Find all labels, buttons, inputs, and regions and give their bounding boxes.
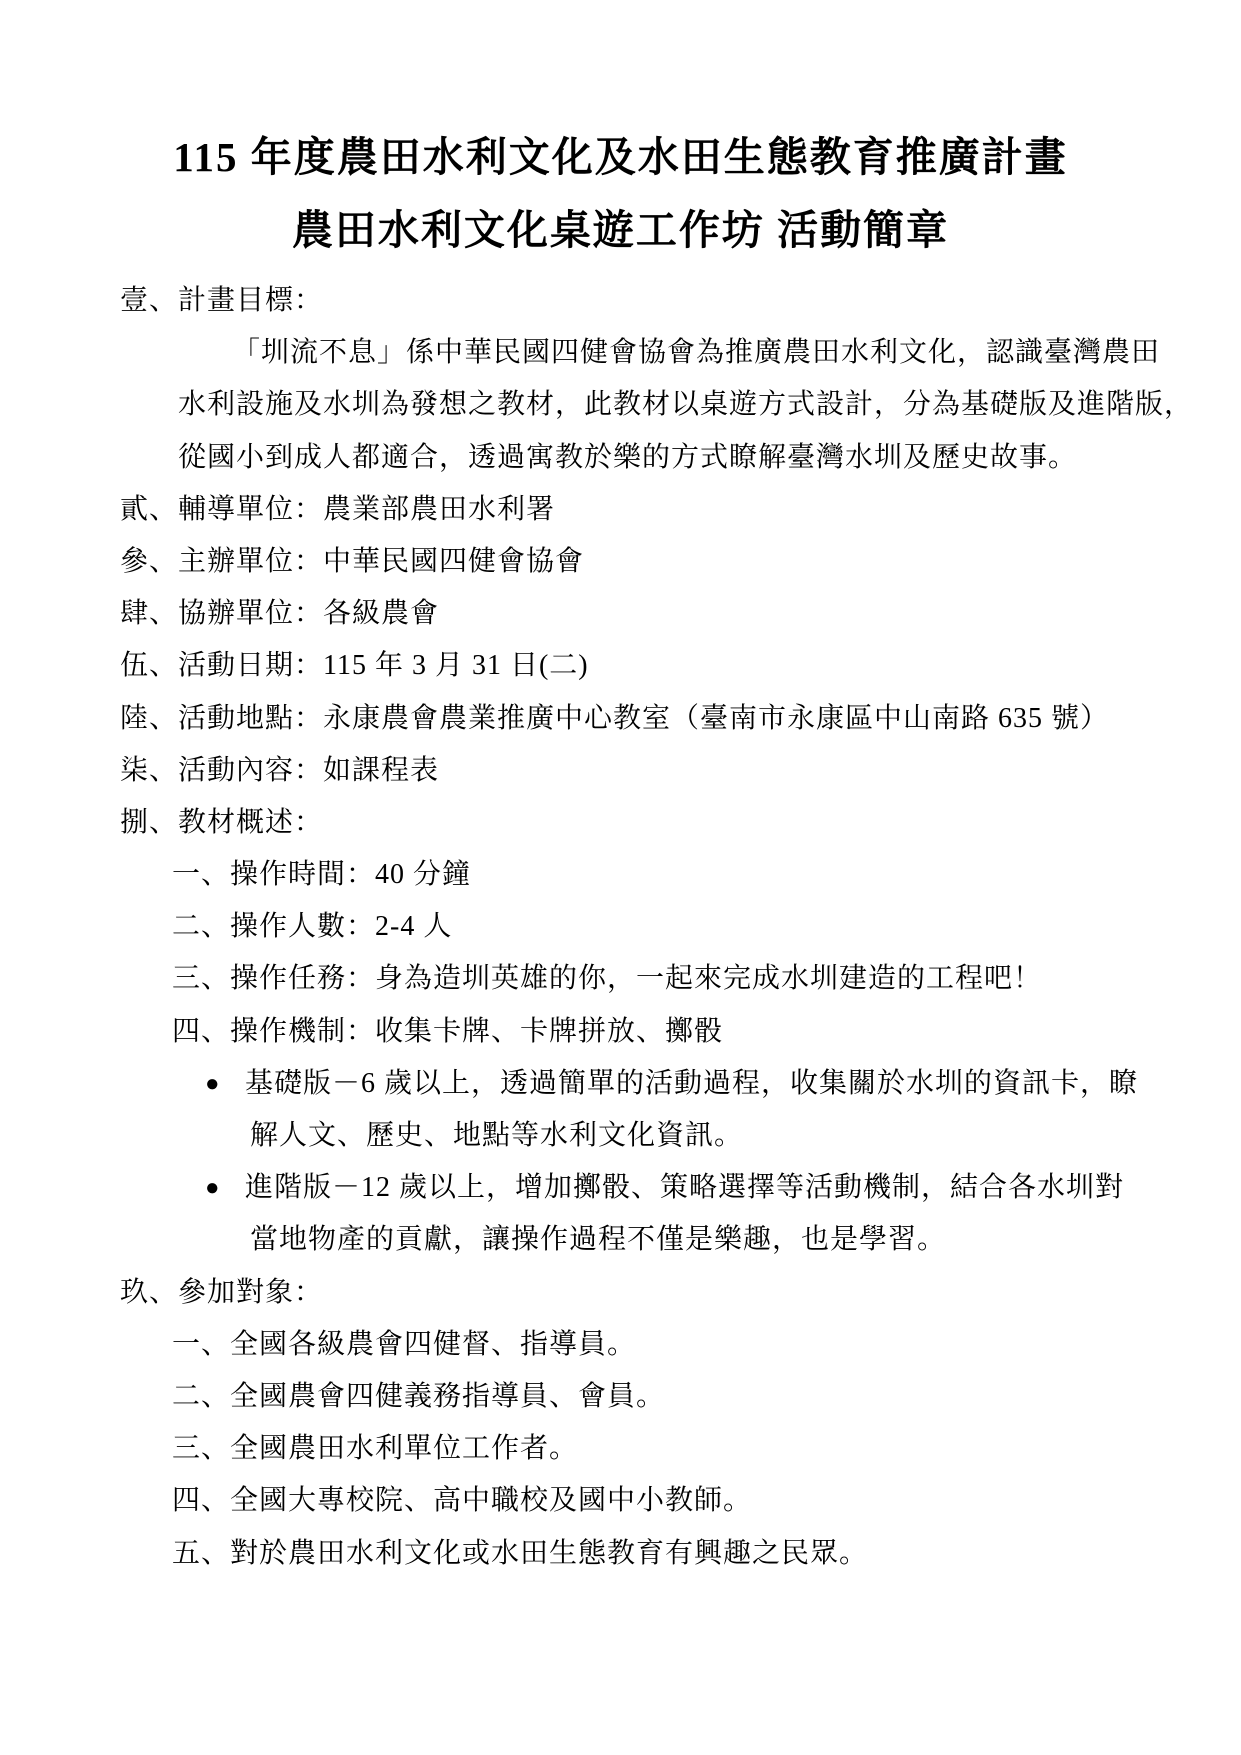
bullet-item-basic-version-text: 基礎版－6 歲以上，透過簡單的活動過程，收集關於水圳的資訊卡，瞭: [245, 1068, 1138, 1099]
section-co-organizer: 肆、協辦單位：各級農會: [120, 588, 1180, 640]
section-material-overview: 捌、教材概述：: [120, 797, 1180, 849]
list-item-participants-5: 五、對於農田水利文化或水田生態教育有興趣之民眾。: [172, 1528, 1180, 1580]
bullet-item-advanced-version-text: 進階版－12 歲以上，增加擲骰、策略選擇等活動機制，結合各水圳對: [245, 1172, 1124, 1203]
section-event-date: 伍、活動日期：115 年 3 月 31 日(二): [120, 640, 1180, 692]
bullet-item-advanced-version-cont: 當地物產的貢獻，讓操作過程不僅是樂趣，也是學習。: [250, 1214, 1180, 1266]
section-participants: 玖、參加對象：: [120, 1267, 1180, 1319]
section-plan-goal: 壹、計畫目標：: [120, 275, 1180, 327]
document-title-line-1: 115 年度農田水利文化及水田生態教育推廣計畫: [0, 133, 1241, 181]
document-title-line-2: 農田水利文化桌遊工作坊 活動簡章: [0, 206, 1241, 254]
bullet-item-basic-version: ●基礎版－6 歲以上，透過簡單的活動過程，收集關於水圳的資訊卡，瞭: [205, 1058, 1180, 1110]
list-item-participants-4: 四、全國大專校院、高中職校及國中小教師。: [172, 1475, 1180, 1527]
bullet-item-advanced-version: ●進階版－12 歲以上，增加擲骰、策略選擇等活動機制，結合各水圳對: [205, 1162, 1180, 1214]
bullet-item-basic-version-cont: 解人文、歷史、地點等水利文化資訊。: [250, 1110, 1180, 1162]
list-item-operation-task: 三、操作任務：身為造圳英雄的你，一起來完成水圳建造的工程吧！: [172, 953, 1180, 1005]
list-item-participants-3: 三、全國農田水利單位工作者。: [172, 1423, 1180, 1475]
section-organizer: 參、主辦單位：中華民國四健會協會: [120, 536, 1180, 588]
paragraph-line-2: 水利設施及水圳為發想之教材，此教材以桌遊方式設計，分為基礎版及進階版，: [178, 379, 1180, 431]
section-event-content: 柒、活動內容：如課程表: [120, 745, 1180, 797]
bullet-icon: ●: [205, 1058, 245, 1110]
list-item-operation-players: 二、操作人數：2-4 人: [172, 901, 1180, 953]
list-item-operation-time: 一、操作時間：40 分鐘: [172, 849, 1180, 901]
section-event-location: 陸、活動地點：永康農會農業推廣中心教室（臺南市永康區中山南路 635 號）: [120, 693, 1180, 745]
document-page: 115 年度農田水利文化及水田生態教育推廣計畫 農田水利文化桌遊工作坊 活動簡章…: [0, 0, 1241, 1755]
paragraph-line-1: 「圳流不息」係中華民國四健會協會為推廣農田水利文化，認識臺灣農田: [232, 327, 1180, 379]
paragraph-line-3: 從國小到成人都適合，透過寓教於樂的方式瞭解臺灣水圳及歷史故事。: [178, 432, 1180, 484]
section-advising-unit: 貳、輔導單位：農業部農田水利署: [120, 484, 1180, 536]
bullet-icon: ●: [205, 1162, 245, 1214]
list-item-operation-mechanism: 四、操作機制：收集卡牌、卡牌拼放、擲骰: [172, 1006, 1180, 1058]
list-item-participants-2: 二、全國農會四健義務指導員、會員。: [172, 1371, 1180, 1423]
list-item-participants-1: 一、全國各級農會四健督、指導員。: [172, 1319, 1180, 1371]
document-body: 壹、計畫目標： 「圳流不息」係中華民國四健會協會為推廣農田水利文化，認識臺灣農田…: [120, 275, 1180, 1580]
